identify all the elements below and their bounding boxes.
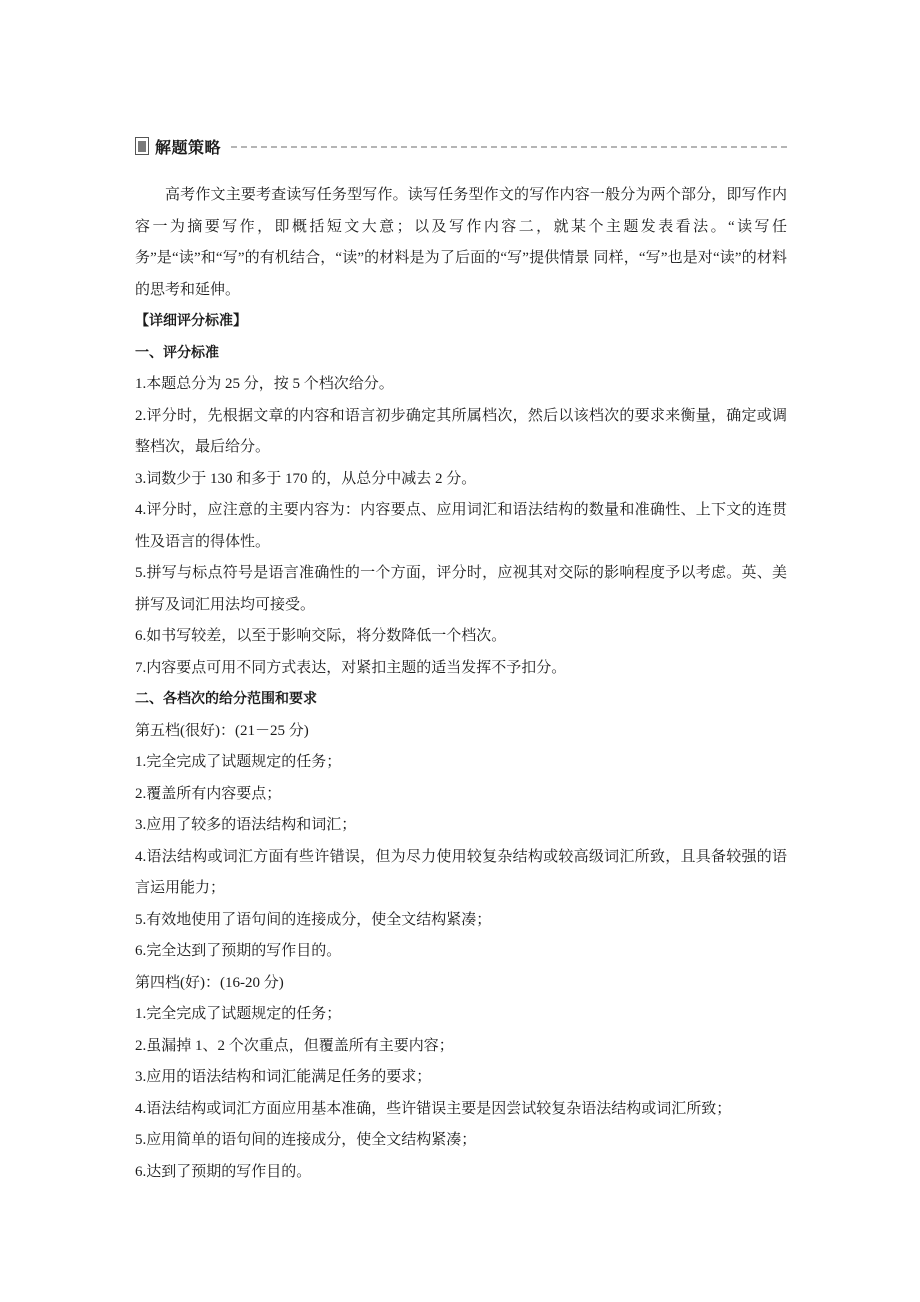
section1-heading: 一、评分标准 xyxy=(135,338,787,370)
list-item: 2.评分时，先根据文章的内容和语言初步确定其所属档次，然后以该档次的要求来衡量，… xyxy=(135,401,787,464)
document-body: 高考作文主要考查读写任务型写作。读写任务型作文的写作内容一般分为两个部分，即写作… xyxy=(135,180,787,1188)
dashed-divider xyxy=(231,146,787,148)
list-item: 3.应用了较多的语法结构和词汇； xyxy=(135,810,787,842)
tier-title: 第五档(很好)：(21－25 分) xyxy=(135,716,787,748)
intro-paragraph: 高考作文主要考查读写任务型写作。读写任务型作文的写作内容一般分为两个部分，即写作… xyxy=(135,180,787,306)
list-item: 4.评分时，应注意的主要内容为：内容要点、应用词汇和语法结构的数量和准确性、上下… xyxy=(135,495,787,558)
list-item: 1.完全完成了试题规定的任务； xyxy=(135,747,787,779)
list-item: 6.完全达到了预期的写作目的。 xyxy=(135,936,787,968)
section-header: 解题策略 xyxy=(135,134,787,158)
list-item: 2.虽漏掉 1、2 个次重点，但覆盖所有主要内容； xyxy=(135,1031,787,1063)
list-item: 2.覆盖所有内容要点； xyxy=(135,779,787,811)
document-icon xyxy=(135,137,149,155)
section-title: 解题策略 xyxy=(155,135,221,158)
section2-heading: 二、各档次的给分范围和要求 xyxy=(135,684,787,716)
list-item: 6.如书写较差，以至于影响交际，将分数降低一个档次。 xyxy=(135,621,787,653)
list-item: 1.本题总分为 25 分，按 5 个档次给分。 xyxy=(135,369,787,401)
list-item: 3.应用的语法结构和词汇能满足任务的要求； xyxy=(135,1062,787,1094)
list-item: 5.有效地使用了语句间的连接成分，使全文结构紧凑； xyxy=(135,905,787,937)
list-item: 4.语法结构或词汇方面应用基本准确，些许错误主要是因尝试较复杂语法结构或词汇所致… xyxy=(135,1094,787,1126)
list-item: 6.达到了预期的写作目的。 xyxy=(135,1157,787,1189)
list-item: 7.内容要点可用不同方式表达，对紧扣主题的适当发挥不予扣分。 xyxy=(135,653,787,685)
list-item: 4.语法结构或词汇方面有些许错误，但为尽力使用较复杂结构或较高级词汇所致，且具备… xyxy=(135,842,787,905)
list-item: 1.完全完成了试题规定的任务； xyxy=(135,999,787,1031)
tier-title: 第四档(好)：(16-20 分) xyxy=(135,968,787,1000)
list-item: 3.词数少于 130 和多于 170 的，从总分中减去 2 分。 xyxy=(135,464,787,496)
list-item: 5.拼写与标点符号是语言准确性的一个方面，评分时，应视其对交际的影响程度予以考虑… xyxy=(135,558,787,621)
detail-heading: 【详细评分标准】 xyxy=(135,306,787,338)
list-item: 5.应用简单的语句间的连接成分，使全文结构紧凑； xyxy=(135,1125,787,1157)
